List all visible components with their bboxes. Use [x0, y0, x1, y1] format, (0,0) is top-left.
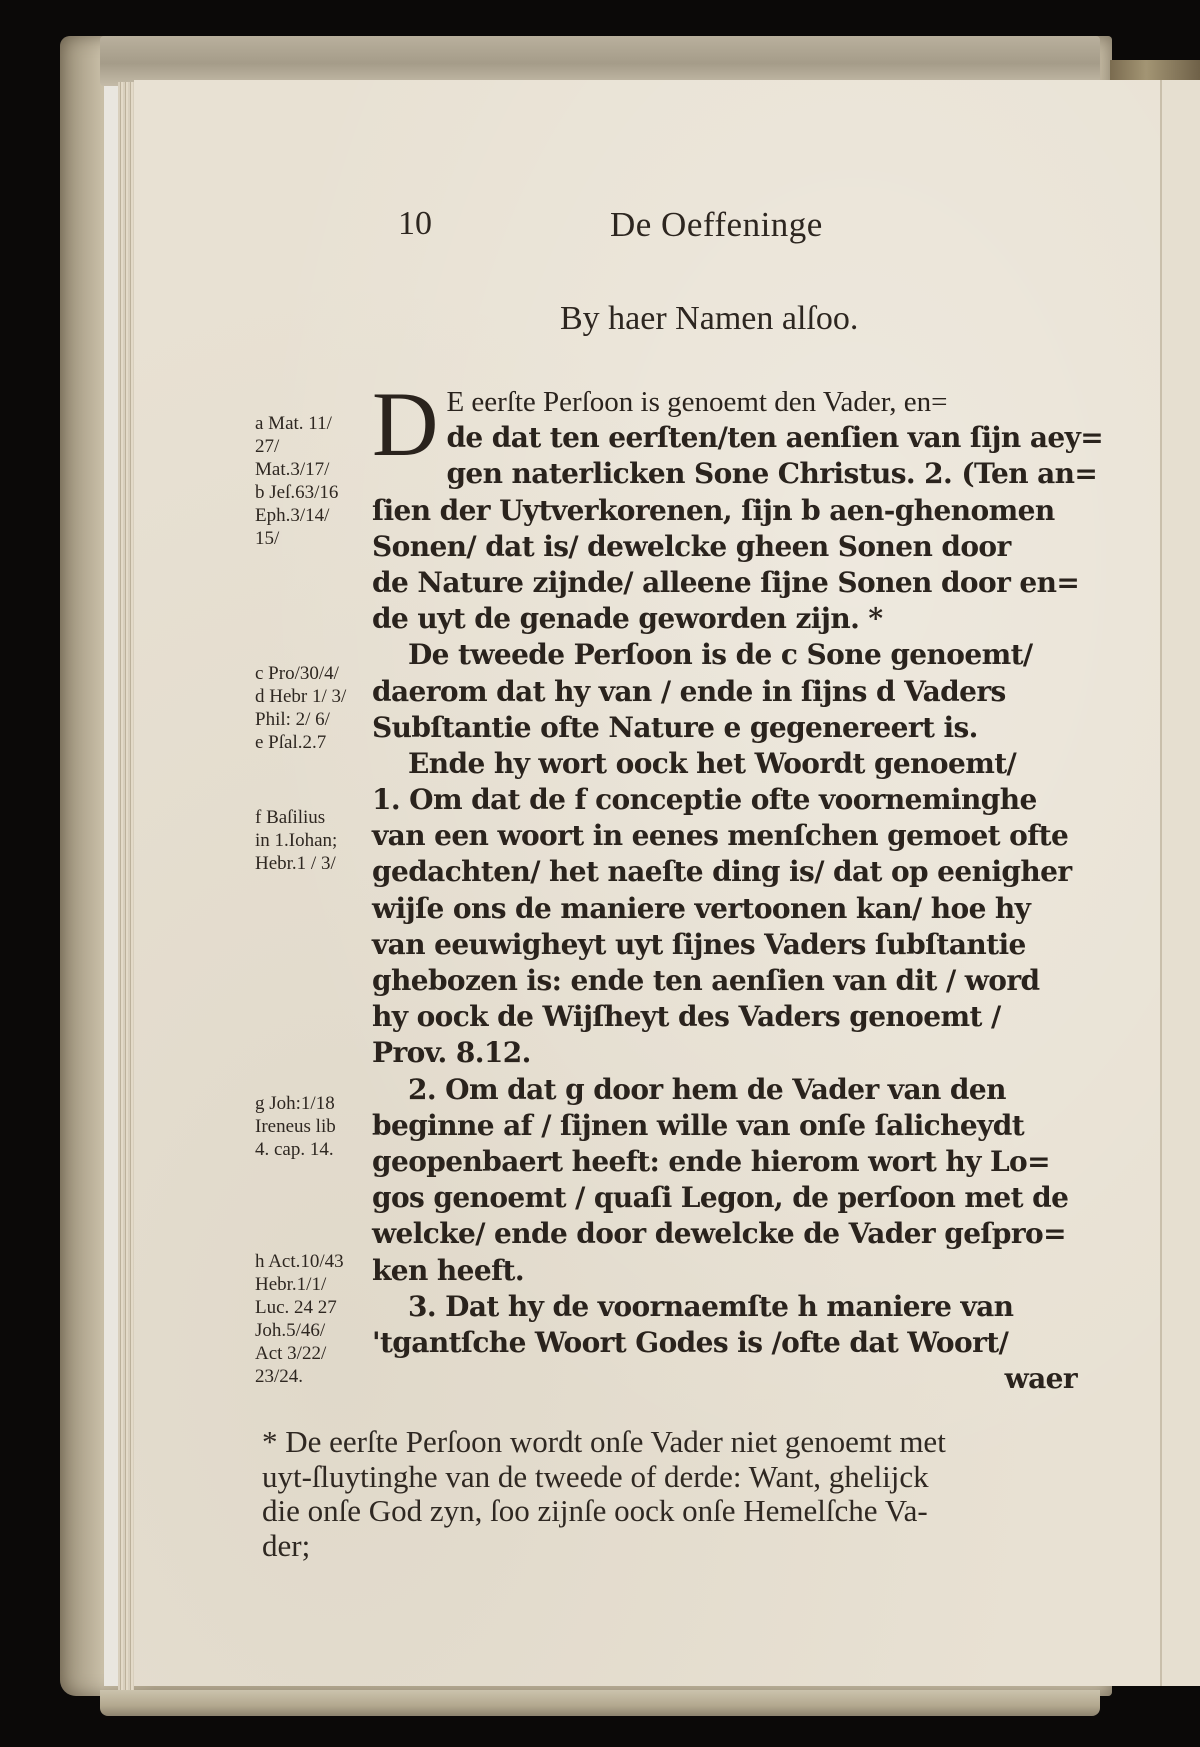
- running-head: 10 De Oeffeninge: [0, 205, 1200, 245]
- margin-notes-a: a Mat. 11/ 27/ Mat.3/17/ b Jeſ.63/16 Eph…: [255, 412, 375, 550]
- margin-note: Eph.3/14/: [255, 504, 375, 527]
- text-line: Sonen/ dat is/ dewelcke gheen Sonen door: [372, 529, 1077, 565]
- text-line: hy oock de Wijſheyt des Vaders genoemt /: [372, 999, 1077, 1035]
- text-line: welcke/ ende door dewelcke de Vader geſp…: [372, 1216, 1077, 1252]
- text-line: daerom dat hy van / ende in ſijns d Vade…: [372, 674, 1077, 710]
- footnote-line: * De eerſte Perſoon wordt onſe Vader nie…: [262, 1425, 1077, 1460]
- margin-notes-g: g Joh:1/18 Ireneus lib 4. cap. 14.: [255, 1092, 375, 1161]
- margin-note: 4. cap. 14.: [255, 1138, 375, 1161]
- main-text-block: D E eerſte Perſoon is genoemt den Vader,…: [372, 384, 1077, 1397]
- text-line: beginne af / ſijnen wille van onſe ſalic…: [372, 1108, 1077, 1144]
- text-line: geopenbaert heeft: ende hierom wort hy L…: [372, 1144, 1077, 1180]
- endpaper-strip: [104, 86, 118, 1686]
- text-line: De tweede Perſoon is de c Sone genoemt/: [372, 637, 1077, 673]
- drop-capital: D: [372, 388, 438, 460]
- book-cover-bottom-edge: [100, 1690, 1100, 1716]
- text-line: van eeuwigheyt uyt ſijnes Vaders ſubſtan…: [372, 927, 1077, 963]
- page-gutter: [1160, 80, 1162, 1686]
- margin-note: 23/24.: [255, 1365, 375, 1388]
- text-line: de Nature zijnde/ alleene ſijne Sonen do…: [372, 565, 1077, 601]
- text-line: ghebozen is: ende ten aenſien van dit / …: [372, 963, 1077, 999]
- footnote-line: der;: [262, 1529, 1077, 1564]
- margin-note: e Pſal.2.7: [255, 731, 375, 754]
- margin-note: h Act.10/43: [255, 1250, 375, 1273]
- margin-note: Hebr.1/1/: [255, 1273, 375, 1296]
- page-edges: [118, 82, 134, 1690]
- margin-note: Ireneus lib: [255, 1115, 375, 1138]
- margin-note: 27/: [255, 435, 375, 458]
- text-line: van een woort in eenes menſchen gemoet o…: [372, 818, 1077, 854]
- text-line: 2. Om dat g door hem de Vader van den: [372, 1072, 1077, 1108]
- footnote-line: die onſe God zyn, ſoo zijnſe oock onſe H…: [262, 1494, 1077, 1529]
- text-line: de uyt de genade geworden zijn. *: [372, 601, 1077, 637]
- margin-note: Luc. 24 27: [255, 1296, 375, 1319]
- margin-note: Phil: 2/ 6/: [255, 708, 375, 731]
- margin-note: d Hebr 1/ 3/: [255, 685, 375, 708]
- text-line: wijſe ons de maniere vertoonen kan/ hoe …: [372, 891, 1077, 927]
- footnote-line: uyt-ſluytinghe van de tweede of derde: W…: [262, 1460, 1077, 1495]
- text-line: ſien der Uytverkorenen, ſijn b aen-gheno…: [372, 493, 1077, 529]
- text-line: de dat ten eerſten/ten aenſien van ſijn …: [372, 420, 1077, 456]
- text-line: E eerſte Perſoon is genoemt den Vader, e…: [372, 384, 1077, 420]
- text-line: gos genoemt / quaſi Legon, de perſoon me…: [372, 1180, 1077, 1216]
- text-line: Prov. 8.12.: [372, 1035, 1077, 1071]
- text-line: 3. Dat hy de voornaemſte h maniere van: [372, 1289, 1077, 1325]
- margin-notes-h: h Act.10/43 Hebr.1/1/ Luc. 24 27 Joh.5/4…: [255, 1250, 375, 1388]
- margin-note: Hebr.1 / 3/: [255, 852, 375, 875]
- margin-note: a Mat. 11/: [255, 412, 375, 435]
- footnote: * De eerſte Perſoon wordt onſe Vader nie…: [262, 1425, 1077, 1563]
- margin-note: c Pro/30/4/: [255, 662, 375, 685]
- text-line: Subſtantie ofte Nature e gegenereert is.: [372, 710, 1077, 746]
- margin-note: in 1.Iohan;: [255, 829, 375, 852]
- margin-notes-f: f Baſilius in 1.Iohan; Hebr.1 / 3/: [255, 806, 375, 875]
- catchword: waer: [372, 1361, 1077, 1397]
- book-cover-top-edge: [100, 36, 1100, 86]
- page-number: 10: [398, 205, 432, 243]
- margin-note: Mat.3/17/: [255, 458, 375, 481]
- text-line: 1. Om dat de f conceptie ofte voorneming…: [372, 782, 1077, 818]
- margin-note: b Jeſ.63/16: [255, 481, 375, 504]
- running-title: De Oeffeninge: [610, 205, 823, 245]
- margin-notes-c: c Pro/30/4/ d Hebr 1/ 3/ Phil: 2/ 6/ e P…: [255, 662, 375, 754]
- text-line: ken heeft.: [372, 1253, 1077, 1289]
- text-line: gen naterlicken Sone Christus. 2. (Ten a…: [372, 456, 1077, 492]
- margin-note: g Joh:1/18: [255, 1092, 375, 1115]
- margin-note: Joh.5/46/: [255, 1319, 375, 1342]
- text-line: Ende hy wort oock het Woordt genoemt/: [372, 746, 1077, 782]
- facing-page-edge: [1162, 80, 1200, 1686]
- margin-note: 15/: [255, 527, 375, 550]
- section-title: By haer Namen alſoo.: [560, 300, 858, 338]
- margin-note: Act 3/22/: [255, 1342, 375, 1365]
- text-line: gedachten/ het naeſte ding is/ dat op ee…: [372, 854, 1077, 890]
- margin-note: f Baſilius: [255, 806, 375, 829]
- text-line: 'tgantſche Woort Godes is /ofte dat Woor…: [372, 1325, 1077, 1361]
